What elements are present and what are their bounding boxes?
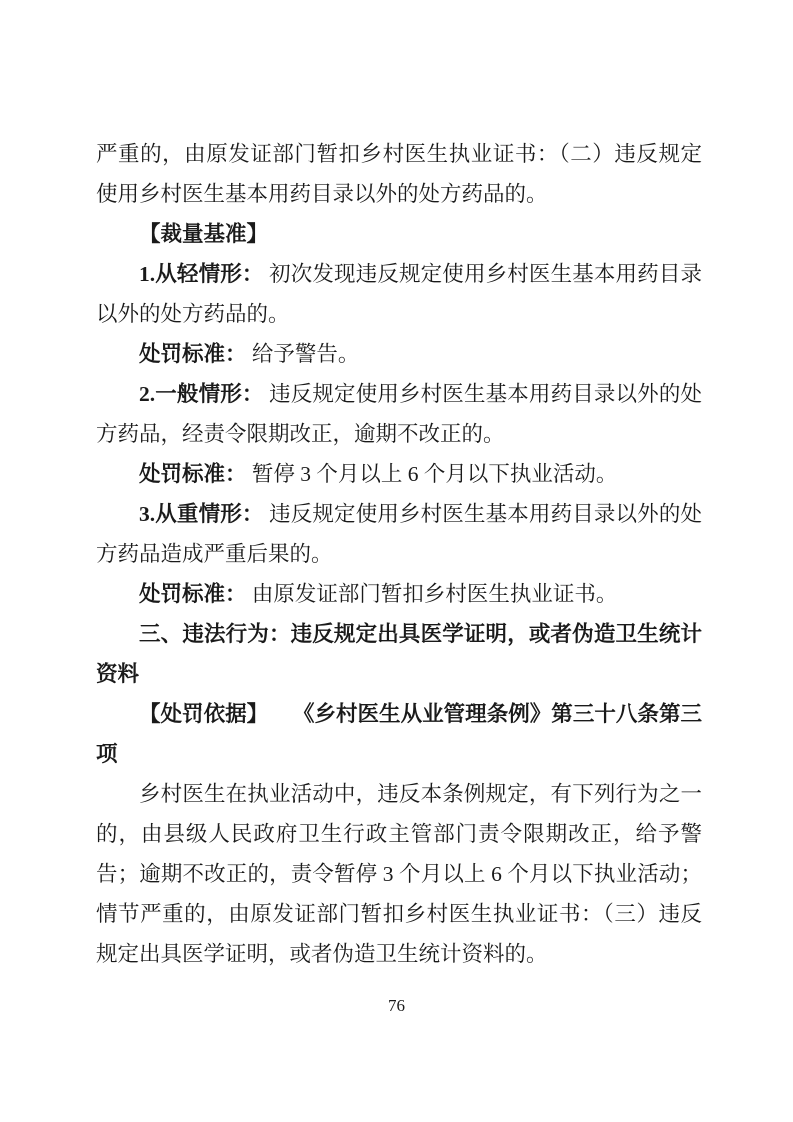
heading-penalty-basis: 【处罚依据】 《乡村医生从业管理条例》第三十八条第三项 <box>96 694 702 774</box>
document-body: 严重的，由原发证部门暂扣乡村医生执业证书：（二）违反规定使用乡村医生基本用药目录… <box>96 134 702 974</box>
heading-discretion-benchmark: 【裁量基准】 <box>96 214 702 254</box>
paragraph-label: 2.一般情形： <box>139 382 264 406</box>
para-penalty-standard-lenient: 处罚标准： 给予警告。 <box>96 334 702 374</box>
paragraph-text: 严重的，由原发证部门暂扣乡村医生执业证书：（二）违反规定使用乡村医生基本用药目录… <box>96 142 702 206</box>
heading-text: 【裁量基准】 <box>139 222 268 246</box>
para-general-circumstance: 2.一般情形： 违反规定使用乡村医生基本用药目录以外的处方药品，经责令限期改正，… <box>96 374 702 454</box>
document-page: 严重的，由原发证部门暂扣乡村医生执业证书：（二）违反规定使用乡村医生基本用药目录… <box>0 0 793 1122</box>
page-number: 76 <box>0 995 793 1017</box>
paragraph-text: 由原发证部门暂扣乡村医生执业证书。 <box>252 582 618 606</box>
heading-violation-three: 三、违法行为：违反规定出具医学证明，或者伪造卫生统计资料 <box>96 614 702 694</box>
paragraph-label: 【处罚依据】 <box>139 702 268 726</box>
paragraph-label: 处罚标准： <box>139 342 247 366</box>
paragraph-text: 乡村医生在执业活动中，违反本条例规定，有下列行为之一的，由县级人民政府卫生行政主… <box>96 782 702 966</box>
para-regulation-body: 乡村医生在执业活动中，违反本条例规定，有下列行为之一的，由县级人民政府卫生行政主… <box>96 774 702 974</box>
paragraph-text: 给予警告。 <box>252 342 360 366</box>
paragraph-label: 处罚标准： <box>139 462 247 486</box>
paragraph-text: 暂停 3 个月以上 6 个月以下执业活动。 <box>252 462 618 486</box>
para-penalty-standard-aggravated: 处罚标准： 由原发证部门暂扣乡村医生执业证书。 <box>96 574 702 614</box>
paragraph-label: 1.从轻情形： <box>139 262 264 286</box>
heading-text: 三、违法行为：违反规定出具医学证明，或者伪造卫生统计资料 <box>96 622 702 686</box>
para-lenient-circumstance: 1.从轻情形： 初次发现违反规定使用乡村医生基本用药目录以外的处方药品的。 <box>96 254 702 334</box>
para-penalty-standard-general: 处罚标准： 暂停 3 个月以上 6 个月以下执业活动。 <box>96 454 702 494</box>
paragraph-label: 处罚标准： <box>139 582 247 606</box>
para-continuation-penalty-clause: 严重的，由原发证部门暂扣乡村医生执业证书：（二）违反规定使用乡村医生基本用药目录… <box>96 134 702 214</box>
para-aggravated-circumstance: 3.从重情形： 违反规定使用乡村医生基本用药目录以外的处方药品造成严重后果的。 <box>96 494 702 574</box>
paragraph-label: 3.从重情形： <box>139 502 264 526</box>
